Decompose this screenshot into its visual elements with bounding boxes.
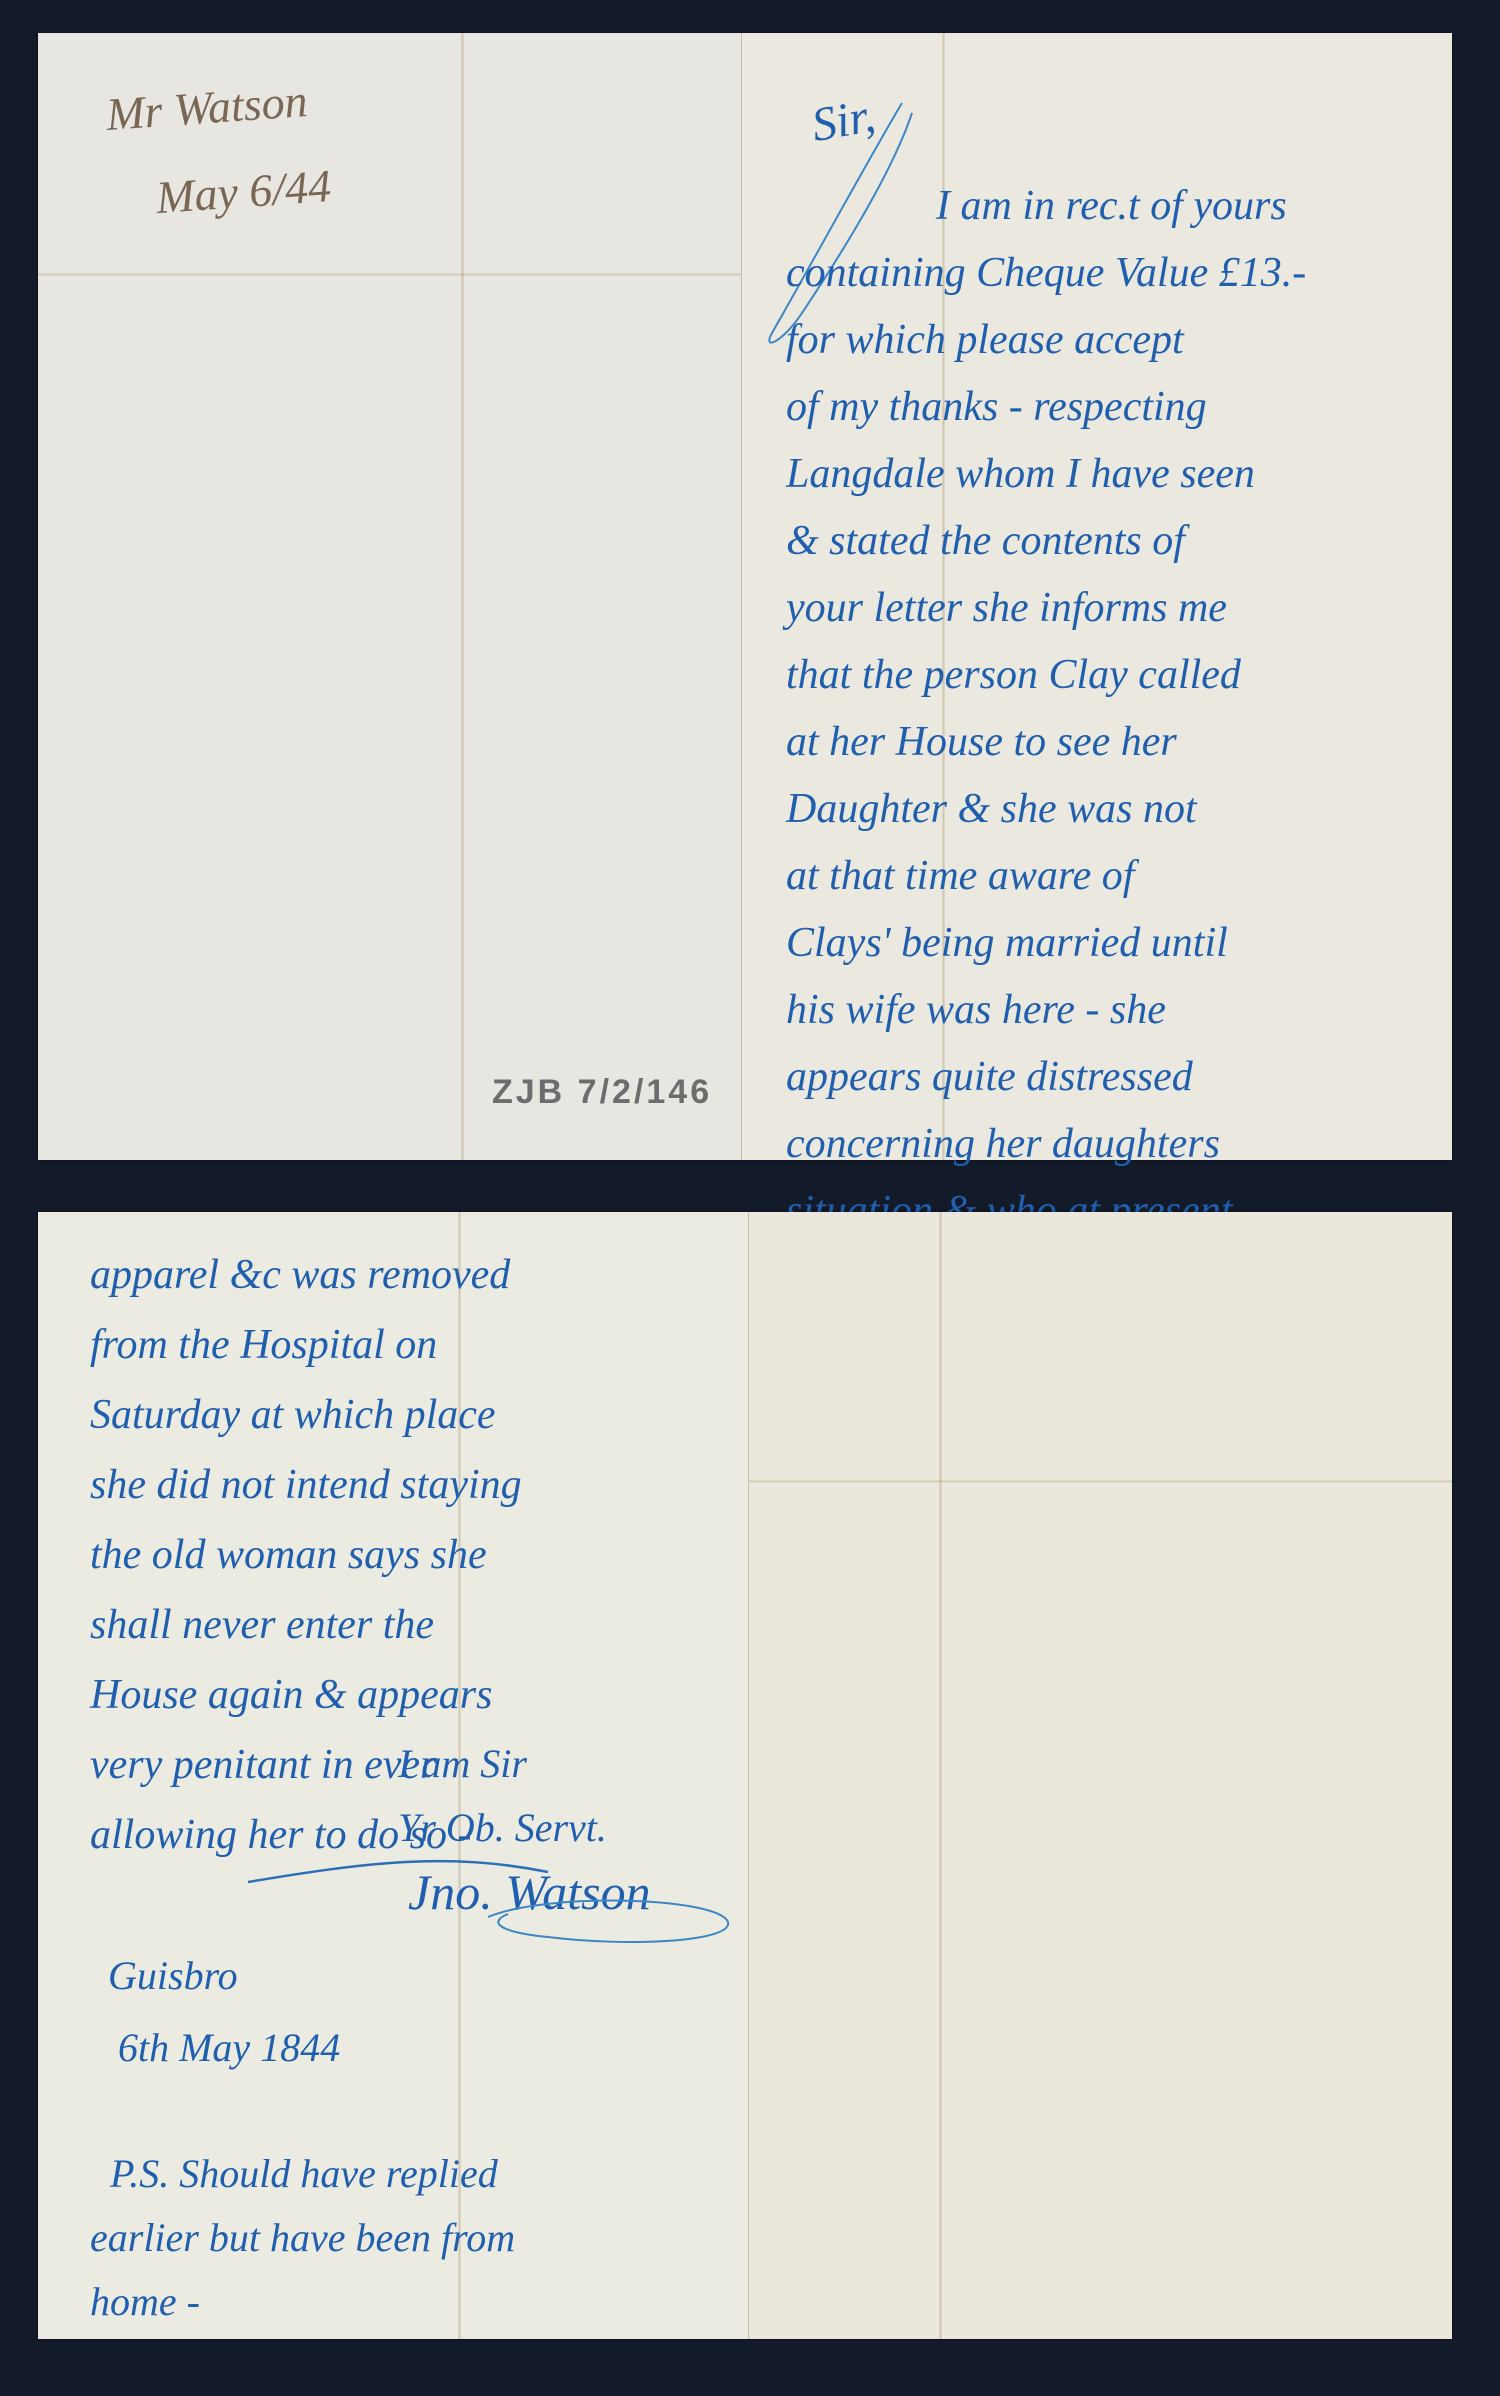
postscript-line: earlier but have been from xyxy=(90,2206,515,2270)
postscript-line: home - xyxy=(90,2270,515,2334)
letter-place: Guisbro xyxy=(108,1952,238,1999)
signature-flourish-icon xyxy=(248,1842,748,1962)
closing-line: I am Sir xyxy=(398,1732,651,1796)
paper-fold-vertical xyxy=(939,1212,942,2339)
letter-line: shall never enter the xyxy=(90,1590,522,1660)
letter-line: of my thanks - respecting xyxy=(786,374,1306,441)
letter-line: Clays' being married until xyxy=(786,910,1306,977)
letter-line: Saturday at which place xyxy=(90,1380,522,1450)
top-left-page: Mr Watson May 6/44 ZJB 7/2/146 xyxy=(38,33,742,1160)
docket-name: Mr Watson xyxy=(104,74,309,141)
letter-line: apparel &c was removed xyxy=(90,1240,522,1310)
letter-line: appears quite distressed xyxy=(786,1044,1306,1111)
letter-line: at that time aware of xyxy=(786,843,1306,910)
paper-fold-horizontal xyxy=(38,273,742,276)
top-scan-panel: Mr Watson May 6/44 ZJB 7/2/146 Sir, I am… xyxy=(38,33,1452,1160)
paper-fold-vertical xyxy=(461,33,464,1160)
docket-date: May 6/44 xyxy=(154,159,332,224)
paper-fold-horizontal xyxy=(749,1480,1452,1483)
letter-line: that the person Clay called xyxy=(786,642,1306,709)
letter-line: she did not intend staying xyxy=(90,1450,522,1520)
letter-line: for which please accept xyxy=(786,307,1306,374)
bottom-right-page-blank xyxy=(749,1212,1452,2339)
postscript: P.S. Should have replied earlier but hav… xyxy=(90,2142,515,2334)
letter-line: at her House to see her xyxy=(786,709,1306,776)
letter-line: Langdale whom I have seen xyxy=(786,441,1306,508)
letter-date: 6th May 1844 xyxy=(118,2024,340,2071)
bottom-left-page: apparel &c was removed from the Hospital… xyxy=(38,1212,749,2339)
letter-line: from the Hospital on xyxy=(90,1310,522,1380)
bottom-scan-panel: apparel &c was removed from the Hospital… xyxy=(38,1212,1452,2339)
letter-line: containing Cheque Value £13.- xyxy=(786,240,1306,307)
letter-line: I am in rec.t of yours xyxy=(786,173,1306,240)
letter-line: his wife was here - she xyxy=(786,977,1306,1044)
letter-line: Daughter & she was not xyxy=(786,776,1306,843)
letter-line: your letter she informs me xyxy=(786,575,1306,642)
letter-line: the old woman says she xyxy=(90,1520,522,1590)
postscript-line: P.S. Should have replied xyxy=(90,2142,515,2206)
letter-line: House again & appears xyxy=(90,1660,522,1730)
letter-line: & stated the contents of xyxy=(786,508,1306,575)
top-right-page: Sir, I am in rec.t of yours containing C… xyxy=(742,33,1452,1160)
letter-line: concerning her daughters xyxy=(786,1111,1306,1178)
archive-reference: ZJB 7/2/146 xyxy=(492,1073,712,1112)
salutation: Sir, xyxy=(808,88,879,153)
